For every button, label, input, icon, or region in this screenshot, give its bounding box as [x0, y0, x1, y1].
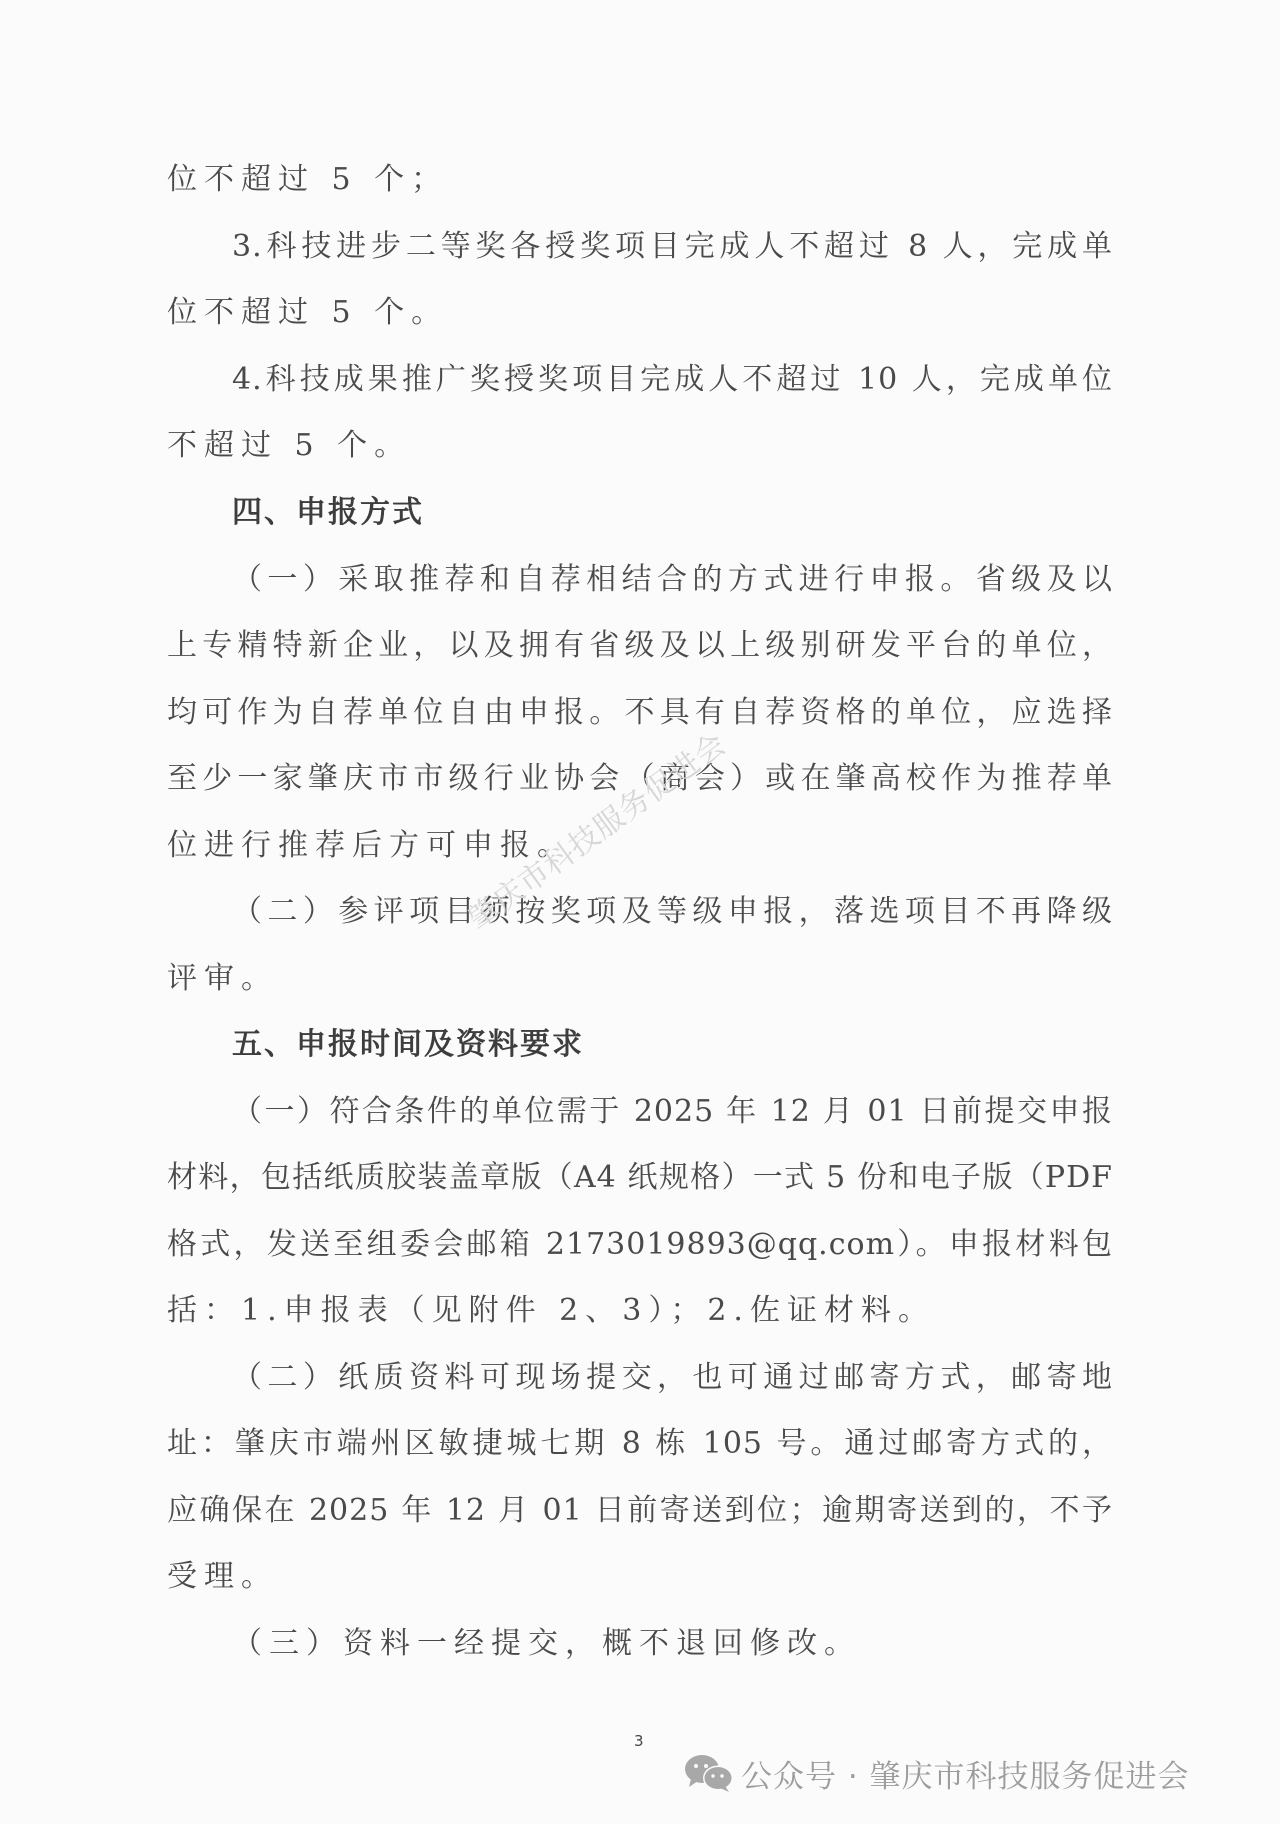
paragraph-4-1: （一）采取推荐和自荐相结合的方式进行申报。省级及以 — [232, 560, 1113, 600]
body-line: 均可作为自荐单位自由申报。不具有自荐资格的单位，应选择 — [167, 693, 1113, 733]
body-line: 不超过 5 个。 — [167, 426, 411, 466]
paragraph-5-1: （一）符合条件的单位需于 2025 年 12 月 01 日前提交申报 — [232, 1092, 1113, 1132]
footer-account-name: 公众号 · 肇庆市科技服务促进会 — [741, 1751, 1190, 1796]
wechat-icon — [683, 1753, 735, 1793]
document-page: 位不超过 5 个； 3.科技进步二等奖各授奖项目完成人不超过 8 人，完成单 位… — [0, 0, 1280, 1824]
paragraph-4-2: （二）参评项目须按奖项及等级申报，落选项目不再降级 — [232, 892, 1113, 932]
section-heading-5: 五、申报时间及资料要求 — [232, 1025, 584, 1065]
body-line: 括：1.申报表（见附件 2、3）；2.佐证材料。 — [167, 1291, 935, 1331]
body-line: 应确保在 2025 年 12 月 01 日前寄送到位；逾期寄送到的，不予 — [167, 1491, 1113, 1531]
wechat-footer[interactable]: 公众号 · 肇庆市科技服务促进会 — [683, 1752, 1190, 1794]
paragraph-5-2: （二）纸质资料可现场提交，也可通过邮寄方式，邮寄地 — [232, 1358, 1113, 1398]
section-heading-4: 四、申报方式 — [232, 493, 424, 533]
list-item-3: 3.科技进步二等奖各授奖项目完成人不超过 8 人，完成单 — [232, 227, 1113, 267]
body-line: 位不超过 5 个； — [167, 160, 448, 200]
page-number: 3 — [634, 1732, 644, 1750]
paragraph-5-3: （三）资料一经提交，概不退回修改。 — [232, 1624, 861, 1664]
body-line: 评审。 — [167, 959, 278, 999]
body-line-email: 格式，发送至组委会邮箱 2173019893@qq.com）。申报材料包 — [167, 1225, 1113, 1265]
body-line: 材料，包括纸质胶装盖章版（A4 纸规格）一式 5 份和电子版（PDF — [167, 1158, 1113, 1198]
list-item-4: 4.科技成果推广奖授奖项目完成人不超过 10 人，完成单位 — [232, 360, 1113, 400]
body-line: 位不超过 5 个。 — [167, 293, 448, 333]
body-line: 上专精特新企业，以及拥有省级及以上级别研发平台的单位， — [167, 626, 1113, 666]
body-line: 受理。 — [167, 1557, 278, 1597]
body-line-address: 址：肇庆市端州区敏捷城七期 8 栋 105 号。通过邮寄方式的， — [167, 1424, 1113, 1464]
